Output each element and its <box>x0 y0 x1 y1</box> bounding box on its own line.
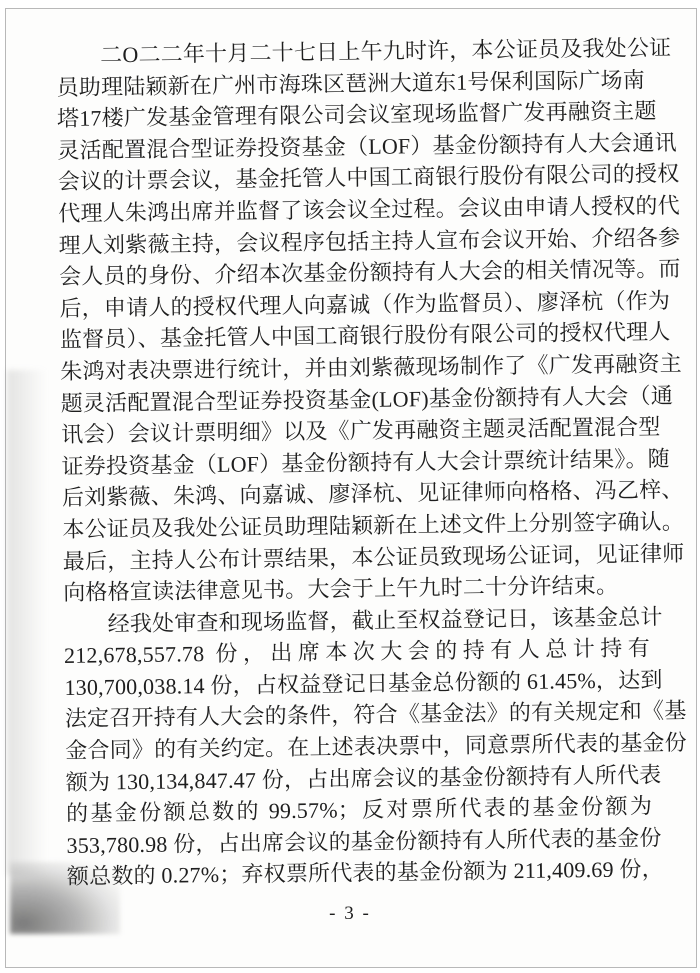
paragraph-2: 经我处审查和现场监督，截止至权益登记日，该基金总计 212,678,557.78… <box>63 601 653 893</box>
document-body: 二O二二年十月二十七日上午九时许，本公证员及我处公证 员助理陆颖新在广州市海珠区… <box>56 32 653 893</box>
paragraph-1: 二O二二年十月二十七日上午九时许，本公证员及我处公证 员助理陆颖新在广州市海珠区… <box>56 32 649 608</box>
page-number: - 3 - <box>0 903 700 925</box>
